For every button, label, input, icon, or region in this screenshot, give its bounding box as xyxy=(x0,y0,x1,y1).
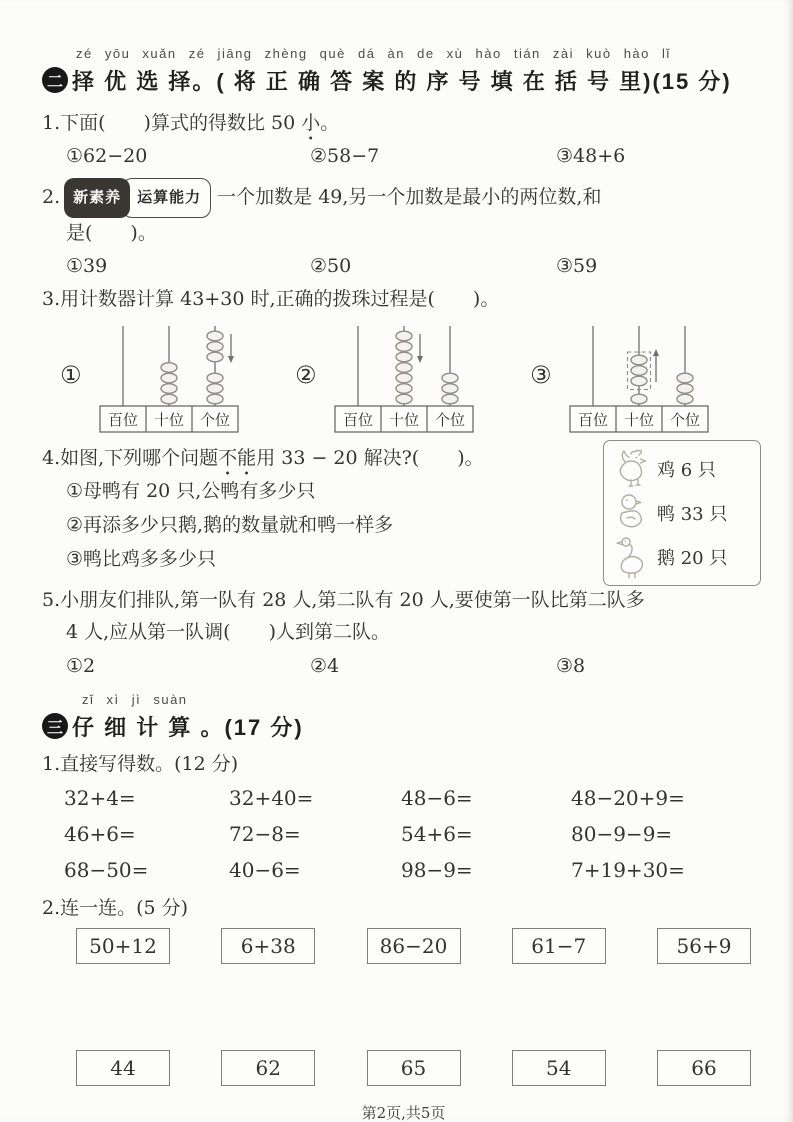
q5-option-3: ③8 xyxy=(556,655,585,677)
q4-text-end: 用 33 − 20 解决?( )。 xyxy=(256,447,483,469)
q2-option-3: ③59 xyxy=(556,255,597,277)
expression-box: 6+38 xyxy=(221,928,315,964)
calc-expression: 40−6= xyxy=(229,858,401,882)
q4-option-1: ①母鸭有 20 只,公鸭有多少只 xyxy=(42,474,622,508)
section-calc-pinyin: zǐ xì jì suàn xyxy=(82,692,765,708)
goose-icon xyxy=(612,535,652,579)
svg-text:百位: 百位 xyxy=(108,412,138,429)
q1-option-3: ③48+6 xyxy=(556,145,625,167)
abacus-diagrams: ① 百位十位个位 ② 百位十位个位 ③ 百位十位个位 xyxy=(42,318,765,436)
calc2-label: 2.连一连。(5 分) xyxy=(42,894,765,922)
expression-box: 56+9 xyxy=(657,928,751,964)
q4-text: 4.如图,下列哪个问题 xyxy=(42,447,218,469)
matching-lines-area xyxy=(42,966,765,1044)
q2-option-2: ②50 xyxy=(310,255,556,277)
calc-expression: 68−50= xyxy=(64,858,229,882)
abacus-option-1: ① 百位十位个位 xyxy=(60,318,295,436)
calc-expression: 32+40= xyxy=(229,786,401,810)
legend-row-goose: 鹅 20 只 xyxy=(612,535,754,579)
section-three-icon: 三 xyxy=(42,713,68,739)
q2-text-line1: 一个加数是 49,另一个加数是最小的两位数,和 xyxy=(217,186,601,208)
answer-box: 44 xyxy=(76,1050,170,1086)
page-footer: 第2页,共5页 xyxy=(42,1102,765,1122)
question-3-text: 3.用计数器计算 43+30 时,正确的拨珠过程是( )。 xyxy=(42,284,765,314)
calc-expression: 46+6= xyxy=(64,822,229,846)
q1-text: 1.下面( )算式的得数比 50 xyxy=(42,112,301,134)
question-5-line1: 5.小朋友们排队,第一队有 28 人,第二队有 20 人,要使第一队比第二队多 xyxy=(42,584,765,616)
section-calc-title: 仔 细 计 算 。(17 分) xyxy=(72,711,304,742)
legend-label-goose: 鹅 20 只 xyxy=(657,544,727,570)
abacus-3-number: ③ xyxy=(530,361,552,389)
chicken-icon xyxy=(612,447,652,491)
calc-expression: 48−6= xyxy=(401,786,571,810)
calc-expression: 32+4= xyxy=(64,786,229,810)
expression-box: 86−20 xyxy=(367,928,461,964)
svg-text:十位: 十位 xyxy=(624,412,654,429)
q1-emphasized-word: 小 xyxy=(301,112,320,134)
mental-math-grid: 32+4= 32+40= 48−6= 48−20+9= 46+6= 72−8= … xyxy=(42,780,765,888)
svg-text:十位: 十位 xyxy=(389,412,419,429)
svg-text:百位: 百位 xyxy=(578,412,608,429)
legend-label-chicken: 鸡 6 只 xyxy=(657,456,716,482)
question-4-block: 4.如图,下列哪个问题不能用 33 − 20 解决?( )。 ①母鸭有 20 只… xyxy=(42,442,765,576)
legend-label-duck: 鸭 33 只 xyxy=(657,500,727,526)
abacus-3-diagram: 百位十位个位 xyxy=(556,320,724,434)
abacus-2-number: ② xyxy=(295,361,317,389)
calc-expression: 80−9−9= xyxy=(571,822,672,846)
section-calc-header: 三 仔 细 计 算 。(17 分) xyxy=(42,710,765,742)
legend-row-chicken: 鸡 6 只 xyxy=(612,447,754,491)
q5-option-2: ②4 xyxy=(310,655,556,677)
question-1-options: ①62−20 ②58−7 ③48+6 xyxy=(42,140,765,172)
competency-badges: 新素养运算能力 xyxy=(64,178,211,218)
svg-text:个位: 个位 xyxy=(200,412,230,429)
svg-text:个位: 个位 xyxy=(435,412,465,429)
abacus-1-number: ① xyxy=(60,361,82,389)
q1-option-1: ①62−20 xyxy=(66,145,310,167)
calc-expression: 72−8= xyxy=(229,822,401,846)
duck-icon xyxy=(612,491,652,535)
svg-text:个位: 个位 xyxy=(670,412,700,429)
abacus-2-diagram: 百位十位个位 xyxy=(321,320,489,434)
abacus-1-diagram: 百位十位个位 xyxy=(86,320,254,434)
expression-box: 50+12 xyxy=(76,928,170,964)
question-5-options: ①2 ②4 ③8 xyxy=(42,650,765,682)
question-5-line2: 4 人,应从第一队调( )人到第二队。 xyxy=(42,616,765,648)
question-1-text: 1.下面( )算式的得数比 50 小。 xyxy=(42,108,765,138)
animal-legend-box: 鸡 6 只 鸭 33 只 xyxy=(603,440,761,586)
calc-row-1: 32+4= 32+40= 48−6= 48−20+9= xyxy=(42,780,765,816)
q2-text-line2: 是( )。 xyxy=(42,218,765,248)
abacus-option-3: ③ 百位十位个位 xyxy=(530,318,765,436)
section-choice-title: 择 优 选 择。( 将 正 确 答 案 的 序 号 填 在 括 号 里)(15 … xyxy=(72,65,732,96)
question-2-text: 2.新素养运算能力一个加数是 49,另一个加数是最小的两位数,和 xyxy=(42,178,765,212)
q4-option-3: ③鸭比鸡多多少只 xyxy=(42,542,622,576)
badge-computation-skill: 运算能力 xyxy=(122,178,211,218)
expression-box: 61−7 xyxy=(512,928,606,964)
answer-box: 66 xyxy=(657,1050,751,1086)
q5-option-1: ①2 xyxy=(66,655,310,677)
matching-expressions-row: 50+12 6+38 86−20 61−7 56+9 xyxy=(42,928,765,966)
calc-expression: 98−9= xyxy=(401,858,571,882)
svg-text:十位: 十位 xyxy=(154,412,184,429)
answer-box: 62 xyxy=(221,1050,315,1086)
question-2-options: ①39 ②50 ③59 xyxy=(42,250,765,282)
calc-row-3: 68−50= 40−6= 98−9= 7+19+30= xyxy=(42,852,765,888)
matching-answers-row: 44 62 65 54 66 xyxy=(42,1050,765,1088)
q2-number: 2. xyxy=(42,186,60,208)
calc-row-2: 46+6= 72−8= 54+6= 80−9−9= xyxy=(42,816,765,852)
answer-box: 54 xyxy=(512,1050,606,1086)
abacus-option-2: ② 百位十位个位 xyxy=(295,318,530,436)
q4-option-2: ②再添多少只鹅,鹅的数量就和鸭一样多 xyxy=(42,508,622,542)
q1-option-2: ②58−7 xyxy=(310,145,556,167)
badge-new-literacy: 新素养 xyxy=(64,178,130,218)
calc-expression: 48−20+9= xyxy=(571,786,685,810)
calc-expression: 7+19+30= xyxy=(571,858,685,882)
q2-option-1: ①39 xyxy=(66,255,310,277)
q4-emphasized-word: 不能 xyxy=(218,447,256,469)
calc-expression: 54+6= xyxy=(401,822,571,846)
section-choice-header: 二 择 优 选 择。( 将 正 确 答 案 的 序 号 填 在 括 号 里)(1… xyxy=(42,64,765,96)
answer-box: 65 xyxy=(367,1050,461,1086)
q1-text-end: 。 xyxy=(320,112,339,134)
legend-row-duck: 鸭 33 只 xyxy=(612,491,754,535)
section-choice-pinyin: zé yōu xuǎn zé jiāng zhèng què dá àn de … xyxy=(76,46,765,62)
svg-text:百位: 百位 xyxy=(343,412,373,429)
section-two-icon: 二 xyxy=(42,67,68,93)
calc1-label: 1.直接写得数。(12 分) xyxy=(42,750,765,778)
worksheet-page: zé yōu xuǎn zé jiāng zhèng què dá àn de … xyxy=(0,0,793,1122)
